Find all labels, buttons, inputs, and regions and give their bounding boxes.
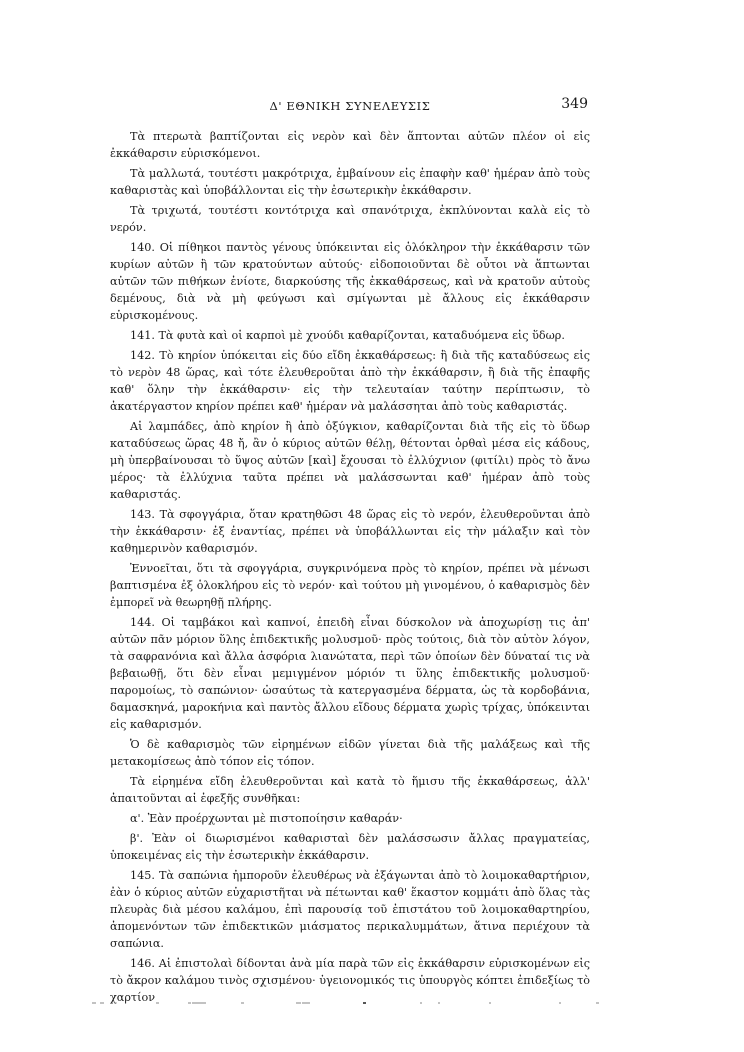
scan-artifact-marks xyxy=(80,1000,680,1006)
page-number: 349 xyxy=(561,96,588,113)
paragraph-142: 142. Τὸ κηρίον ὑπόκειται εἰς δύο εἴδη ἐκ… xyxy=(110,347,590,415)
paragraph-hairy: Τὰ τριχωτά, τουτέστι κοντότριχα καὶ σπαν… xyxy=(110,202,590,236)
paragraph-feathered: Τὰ πτερωτὰ βαπτίζονται εἰς νερὸν καὶ δὲν… xyxy=(110,128,590,162)
paragraph-candles: Αἱ λαμπάδες, ἀπὸ κηρίον ἢ ἀπὸ ὀξύγκιον, … xyxy=(110,418,590,503)
condition-beta: β'. Ἐὰν οἱ διωρισμένοι καθαρισταὶ δὲν μα… xyxy=(110,830,590,864)
paragraph-146: 146. Αἱ ἐπιστολαὶ δίδονται ἀνὰ μία παρὰ … xyxy=(110,955,590,1006)
paragraph-141: 141. Τὰ φυτὰ καὶ οἱ καρποὶ μὲ χνούδι καθ… xyxy=(110,327,590,344)
running-header: Δ' ΕΘΝΙΚΗ ΣΥΝΕΛΕΥΣΙΣ 349 xyxy=(110,96,590,116)
condition-alpha: α'. Ἐὰν προέρχωνται μὲ πιστοποίησιν καθα… xyxy=(110,810,590,827)
paragraph-144: 144. Οἱ ταμβάκοι καὶ καπνοί, ἐπειδὴ εἶνα… xyxy=(110,614,590,733)
paragraph-woolly: Τὰ μαλλωτά, τουτέστι μακρότριχα, ἐμβαίνο… xyxy=(110,165,590,199)
paragraph-cleaning-method: Ὁ δὲ καθαρισμὸς τῶν εἰρημένων εἰδῶν γίνε… xyxy=(110,736,590,770)
document-page: Δ' ΕΘΝΙΚΗ ΣΥΝΕΛΕΥΣΙΣ 349 Τὰ πτερωτὰ βαπτ… xyxy=(110,96,590,1009)
paragraph-143: 143. Τὰ σφογγάρια, ὅταν κρατηθῶσι 48 ὥρα… xyxy=(110,506,590,557)
paragraph-sponges-note: Ἐννοεῖται, ὅτι τὰ σφογγάρια, συγκρινόμεν… xyxy=(110,560,590,611)
paragraph-conditions-intro: Τὰ εἰρημένα εἴδη ἐλευθεροῦνται καὶ κατὰ … xyxy=(110,773,590,807)
paragraph-140: 140. Οἱ πίθηκοι παντὸς γένους ὑπόκεινται… xyxy=(110,239,590,324)
running-title: Δ' ΕΘΝΙΚΗ ΣΥΝΕΛΕΥΣΙΣ xyxy=(110,98,590,115)
paragraph-145: 145. Τὰ σαπώνια ἠμποροῦν ἐλευθέρως νὰ ἐξ… xyxy=(110,867,590,952)
